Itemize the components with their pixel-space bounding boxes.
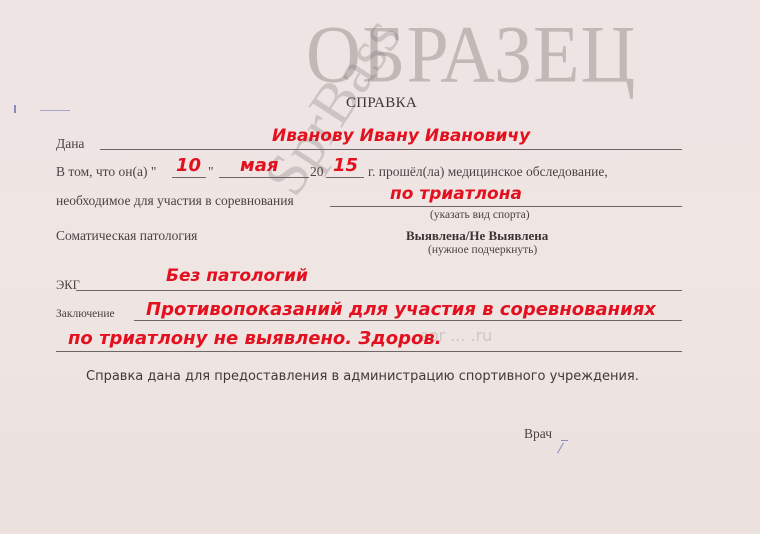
pen-mark xyxy=(40,110,70,111)
issued-to-label: Дана xyxy=(56,136,84,152)
signature-mark xyxy=(561,440,568,441)
conclusion-line-2 xyxy=(56,351,682,352)
issued-to-value[interactable]: Иванову Ивану Ивановичу xyxy=(272,126,530,146)
footer-note: Справка дана для предоставления в админи… xyxy=(86,369,639,384)
conclusion-line-1 xyxy=(134,320,682,321)
day-line xyxy=(172,177,206,178)
month-line xyxy=(219,177,309,178)
ekg-value[interactable]: Без патологий xyxy=(166,266,308,286)
conclusion-value-1[interactable]: Противопоказаний для участия в соревнова… xyxy=(146,299,656,320)
sport-value[interactable]: по триатлона xyxy=(390,184,522,204)
somatic-hint: (нужное подчеркнуть) xyxy=(428,244,537,256)
conclusion-value-2[interactable]: по триатлону не выявлено. Здоров. xyxy=(68,328,442,349)
year-line xyxy=(326,177,364,178)
pen-mark xyxy=(14,105,16,113)
document-title: СПРАВКА xyxy=(346,95,417,112)
date-prefix: В том, что он(а) " xyxy=(56,164,156,180)
date-quote-close: " xyxy=(208,164,214,180)
sport-line xyxy=(330,206,682,207)
doctor-label: Врач xyxy=(524,426,552,442)
issued-to-line xyxy=(100,149,682,150)
date-suffix: г. прошёл(ла) медицинское обследование, xyxy=(368,164,608,180)
year-value[interactable]: 15 xyxy=(333,155,358,176)
conclusion-label: Заключение xyxy=(56,308,115,320)
ekg-line xyxy=(76,290,682,291)
somatic-label: Соматическая патология xyxy=(56,228,197,244)
year-prefix: 20 xyxy=(310,164,324,180)
month-value[interactable]: мая xyxy=(240,155,278,176)
day-value[interactable]: 10 xyxy=(176,155,201,176)
competition-label: необходимое для участия в соревнования xyxy=(56,193,294,209)
sport-hint: (указать вид спорта) xyxy=(430,209,530,221)
certificate-page: ОБРАЗЕЦ SprBass spr ... .ru СПРАВКА Дана… xyxy=(0,0,760,534)
somatic-options[interactable]: Выявлена/Не Выявлена xyxy=(406,228,548,244)
signature-mark xyxy=(557,443,564,454)
